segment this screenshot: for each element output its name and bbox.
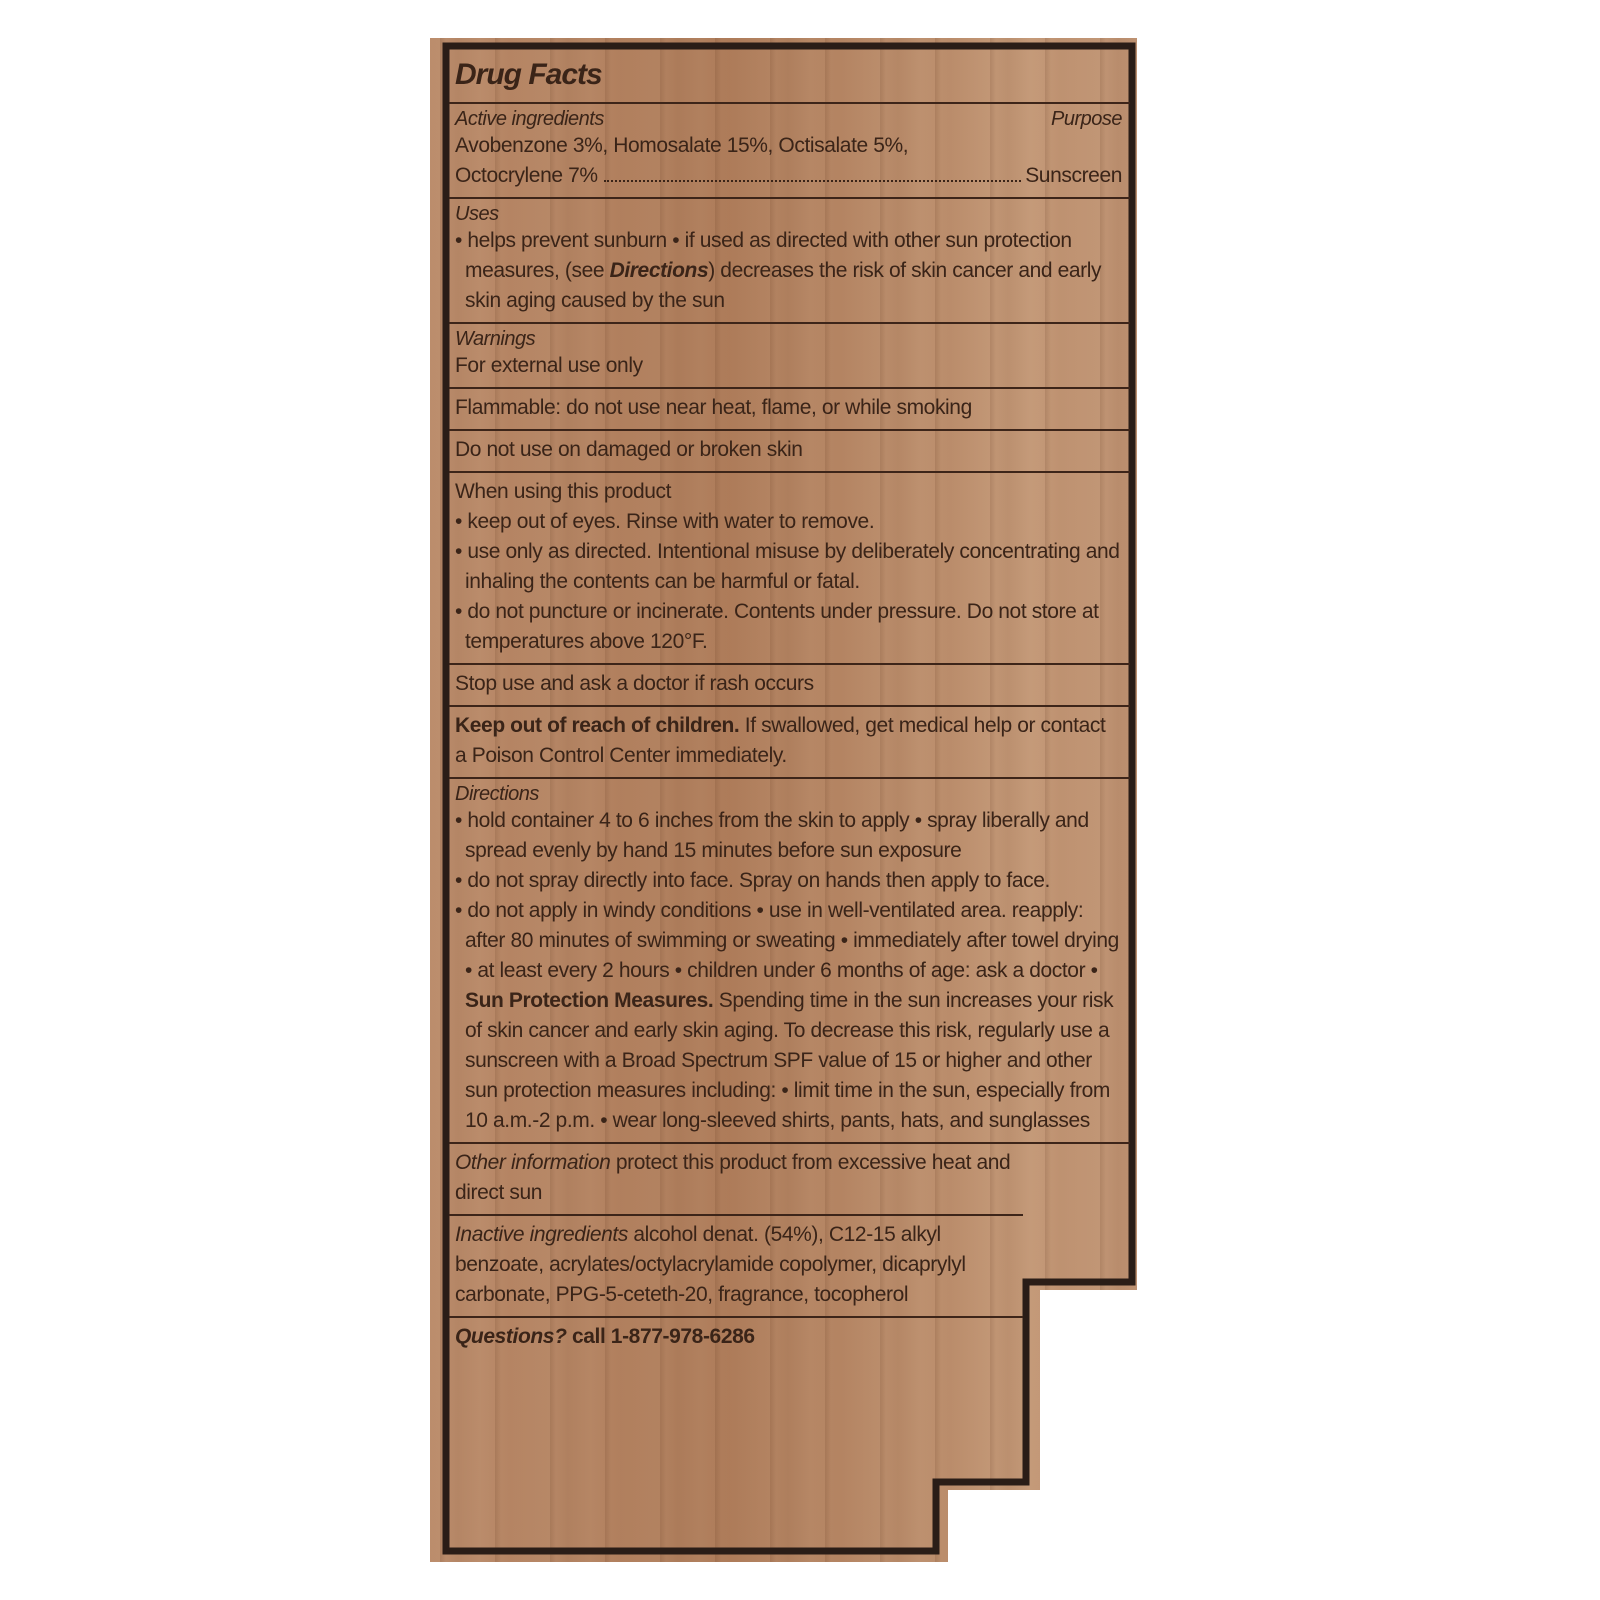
directions-item: • do not spray directly into face. Spray… [455,866,1122,896]
inactive-ingredients-heading: Inactive ingredients [455,1223,628,1246]
when-using-heading: When using this product [455,477,1122,507]
active-ingredients-section: Active ingredients Purpose Avobenzone 3%… [449,104,1130,199]
dot-leader [604,180,1022,182]
other-information-heading: Other information [455,1151,610,1174]
keep-out-bold: Keep out of reach of children. [455,714,739,737]
directions-section: Directions • hold container 4 to 6 inche… [449,779,1130,1144]
directions-item: • hold container 4 to 6 inches from the … [455,806,1122,866]
sun-protection-heading: Sun Protection Measures. [465,989,713,1012]
when-using-section: When using this product • keep out of ey… [449,473,1130,665]
questions-phone: call 1-877-978-6286 [567,1325,755,1348]
external-use-warning: For external use only [455,351,1122,381]
drug-facts-title: Drug Facts [449,50,1130,104]
active-ingredients-line2: Octocrylene 7% [455,161,598,191]
drug-facts-panel: Drug Facts Active ingredients Purpose Av… [449,50,1130,1358]
uses-heading: Uses [455,203,1122,226]
when-using-item: • keep out of eyes. Rinse with water to … [455,507,1122,537]
flammable-warning: Flammable: do not use near heat, flame, … [449,389,1130,431]
damaged-skin-warning: Do not use on damaged or broken skin [449,431,1130,473]
directions-heading: Directions [455,783,1122,806]
when-using-item: • do not puncture or incinerate. Content… [455,597,1122,657]
questions-heading: Questions? [455,1325,567,1348]
active-ingredients-line1: Avobenzone 3%, Homosalate 15%, Octisalat… [455,131,1122,161]
active-ingredients-heading: Active ingredients [455,108,604,131]
directions-item: • do not apply in windy conditions • use… [455,896,1122,1136]
uses-section: Uses • helps prevent sunburn • if used a… [449,199,1130,324]
stop-use-warning: Stop use and ask a doctor if rash occurs [449,665,1130,707]
questions-section: Questions? call 1-877-978-6286 [449,1318,1130,1358]
purpose-value: Sunscreen [1025,161,1122,191]
warnings-section: Warnings For external use only [449,324,1130,389]
purpose-heading: Purpose [1051,108,1122,131]
when-using-item: • use only as directed. Intentional misu… [455,537,1122,597]
keep-out-of-reach-warning: Keep out of reach of children. If swallo… [449,707,1130,779]
uses-directions-ref: Directions [610,259,709,282]
warnings-heading: Warnings [455,328,1122,351]
directions-text: • do not apply in windy conditions • use… [455,899,1119,982]
other-information-section: Other information protect this product f… [449,1144,1023,1216]
inactive-ingredients-section: Inactive ingredients alcohol denat. (54%… [449,1216,1023,1318]
